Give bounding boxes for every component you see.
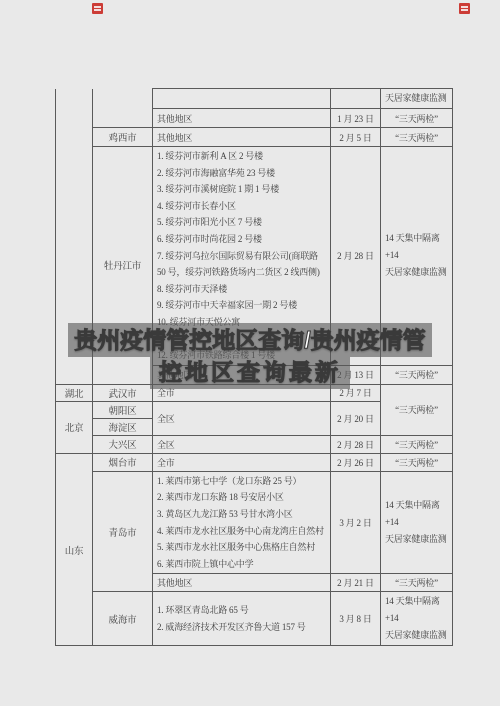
table-row: 大兴区全区2 月 28 日“三天两检” bbox=[56, 435, 453, 453]
cell-city bbox=[93, 89, 153, 128]
table-row: 威海市1. 环翠区青岛北路 65 号2. 威海经济技术开发区齐鲁大道 157 号… bbox=[56, 592, 453, 646]
watermark-title-line2: 控地区查询最新 bbox=[150, 357, 350, 389]
cell-measure: “三天两检” bbox=[381, 384, 453, 435]
cell-date: 3 月 8 日 bbox=[331, 592, 381, 646]
table-row: 青岛市1. 莱西市第七中学（龙口东路 25 号）2. 莱西市龙口东路 18 号安… bbox=[56, 471, 453, 574]
cell-area: 1. 莱西市第七中学（龙口东路 25 号）2. 莱西市龙口东路 18 号安居小区… bbox=[153, 471, 331, 574]
cell-line: 6. 绥芬河市时尚花园 2 号楼 bbox=[157, 231, 326, 248]
cell-line: 6. 莱西市院上镇中心中学 bbox=[157, 556, 326, 573]
cell-line: 5. 绥芬河市阳光小区 7 号楼 bbox=[157, 214, 326, 231]
cell-line: 9. 绥芬河市中天幸福家园一期 2 号楼 bbox=[157, 297, 326, 314]
cell-area: 全区 bbox=[153, 401, 331, 435]
cell-city: 大兴区 bbox=[93, 435, 153, 453]
cell-line: 3. 黄岛区九龙江路 53 号甘水湾小区 bbox=[157, 506, 326, 523]
cell-line: 2. 绥芬河市海融富华苑 23 号楼 bbox=[157, 165, 326, 182]
cell-area: 其他地区 bbox=[153, 128, 331, 147]
cell-city: 朝阳区 bbox=[93, 401, 153, 418]
cell-measure: “三天两检” bbox=[381, 453, 453, 471]
cell-line: 14 天集中隔离+14 bbox=[385, 593, 448, 627]
cell-city: 武汉市 bbox=[93, 384, 153, 401]
cell-line: 5. 莱西市龙水社区服务中心焦格庄自然村 bbox=[157, 539, 326, 556]
cell-date: 2 月 26 日 bbox=[331, 453, 381, 471]
cell-line: 1. 绥芬河市新利 A 区 2 号楼 bbox=[157, 148, 326, 165]
red-stamp-icon bbox=[459, 3, 470, 14]
table-row: 山东烟台市全市2 月 26 日“三天两检” bbox=[56, 453, 453, 471]
cell-measure: “三天两检” bbox=[381, 574, 453, 592]
cell-measure: “三天两检” bbox=[381, 109, 453, 128]
cell-province: 北京 bbox=[56, 401, 93, 453]
screenshot-page: { "page": { "background": "#e9e9e9", "gr… bbox=[0, 0, 500, 706]
cell-city: 鸡西市 bbox=[93, 128, 153, 147]
cell-line: 14 天集中隔离+14 bbox=[385, 497, 448, 531]
cell-line: 天居家健康监测 bbox=[385, 264, 448, 281]
red-stamp-icon bbox=[92, 3, 103, 14]
watermark-title-line1: 贵州疫情管控地区查询/贵州疫情管 bbox=[68, 323, 432, 357]
table-row: 鸡西市其他地区2 月 5 日“三天两检” bbox=[56, 128, 453, 147]
cell-line: 7. 绥芬河乌拉尔国际贸易有限公司(商联路 50 号，绥芬河铁路货场内二货区 2… bbox=[157, 248, 326, 281]
cell-line: 8. 绥芬河市天泽楼 bbox=[157, 281, 326, 298]
cell-line: 天居家健康监测 bbox=[385, 627, 448, 644]
cell-measure: 14 天集中隔离+14天居家健康监测 bbox=[381, 471, 453, 574]
cell-line: 3. 绥芬河市溪树庭院 1 期 1 号楼 bbox=[157, 181, 326, 198]
cell-measure: “三天两检” bbox=[381, 365, 453, 384]
cell-date bbox=[331, 89, 381, 109]
cell-province: 山东 bbox=[56, 453, 93, 646]
cell-area: 全区 bbox=[153, 435, 331, 453]
cell-line: 2. 威海经济技术开发区齐鲁大道 157 号 bbox=[157, 619, 326, 636]
table-row: 天居家健康监测 bbox=[56, 89, 453, 109]
cell-city: 海淀区 bbox=[93, 418, 153, 435]
cell-area: 其他地区 bbox=[153, 574, 331, 592]
cell-line: 天居家健康监测 bbox=[385, 90, 448, 107]
cell-line: 4. 绥芬河市长春小区 bbox=[157, 198, 326, 215]
cell-city: 威海市 bbox=[93, 592, 153, 646]
cell-date: 3 月 2 日 bbox=[331, 471, 381, 574]
cell-province: 湖北 bbox=[56, 384, 93, 401]
cell-measure: 14 天集中隔离+14天居家健康监测 bbox=[381, 592, 453, 646]
cell-city: 烟台市 bbox=[93, 453, 153, 471]
cell-line: 4. 莱西市龙水社区服务中心南龙湾庄自然村 bbox=[157, 523, 326, 540]
cell-date: 1 月 23 日 bbox=[331, 109, 381, 128]
cell-line: 1. 莱西市第七中学（龙口东路 25 号） bbox=[157, 473, 326, 490]
cell-area: 全市 bbox=[153, 453, 331, 471]
cell-line: 1. 环翠区青岛北路 65 号 bbox=[157, 602, 326, 619]
cell-area: 1. 环翠区青岛北路 65 号2. 威海经济技术开发区齐鲁大道 157 号 bbox=[153, 592, 331, 646]
cell-date: 2 月 20 日 bbox=[331, 401, 381, 435]
cell-measure: “三天两检” bbox=[381, 435, 453, 453]
cell-line: 2. 莱西市龙口东路 18 号安居小区 bbox=[157, 489, 326, 506]
cell-city: 青岛市 bbox=[93, 471, 153, 592]
cell-area bbox=[153, 89, 331, 109]
cell-area: 其他地区 bbox=[153, 109, 331, 128]
cell-date: 2 月 28 日 bbox=[331, 435, 381, 453]
cell-line: 天居家健康监测 bbox=[385, 531, 448, 548]
cell-line: 14 天集中隔离+14 bbox=[385, 230, 448, 264]
cell-date: 2 月 5 日 bbox=[331, 128, 381, 147]
cell-measure: 天居家健康监测 bbox=[381, 89, 453, 109]
cell-measure: “三天两检” bbox=[381, 128, 453, 147]
cell-date: 2 月 21 日 bbox=[331, 574, 381, 592]
